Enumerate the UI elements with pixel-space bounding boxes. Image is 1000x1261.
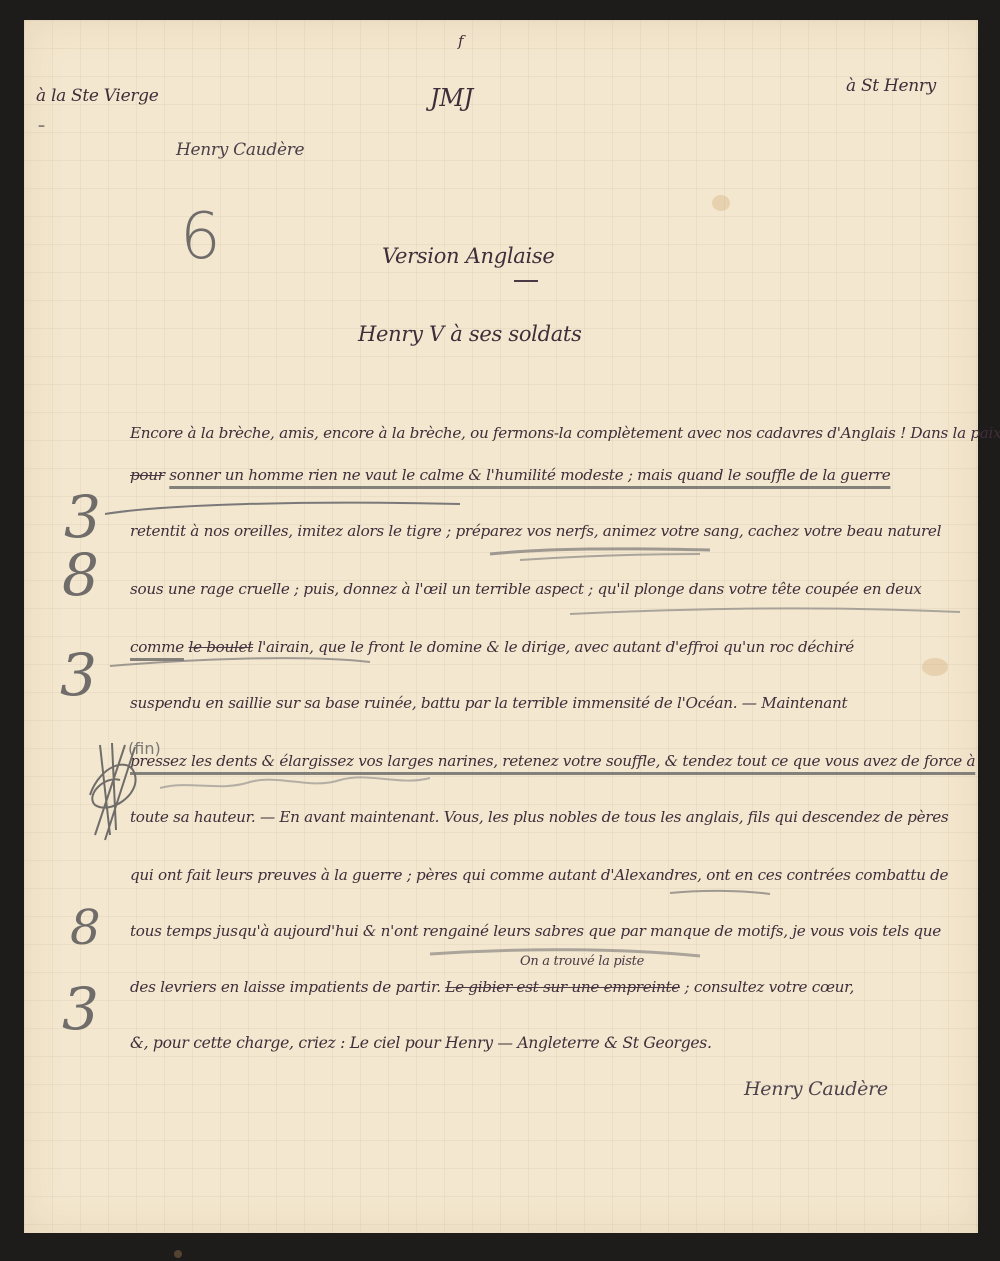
margin-mark: 8 xyxy=(70,904,101,952)
title-dash xyxy=(514,280,538,282)
signature: Henry Caudère xyxy=(744,1078,888,1100)
body-line-2-text: sonner un homme rien ne vaut le calme & … xyxy=(169,466,890,484)
paper-stain xyxy=(174,1250,182,1258)
pencil-number: 6 xyxy=(180,200,220,274)
margin-mark: 3 xyxy=(64,488,101,546)
paper-stain xyxy=(712,195,730,211)
top-center-mark: f xyxy=(458,32,463,50)
body-line-2: pour sonner un homme rien ne vaut le cal… xyxy=(130,466,890,484)
page-title: Version Anglaise xyxy=(382,244,555,268)
page-subtitle: Henry V à ses soldats xyxy=(358,322,582,346)
top-center-monogram: JMJ xyxy=(430,84,473,112)
top-left-dedication: à la Ste Vierge xyxy=(36,86,159,106)
pencil-marks-icon xyxy=(100,490,980,1030)
author-name: Henry Caudère xyxy=(176,140,304,160)
margin-mark: 3 xyxy=(60,646,97,704)
dash-mark: – xyxy=(38,118,45,134)
top-right-dedication: à St Henry xyxy=(846,76,936,96)
margin-mark: 8 xyxy=(62,546,99,604)
margin-mark: 3 xyxy=(62,980,99,1038)
body-line-1: Encore à la brèche, amis, encore à la br… xyxy=(130,424,1000,442)
body-line-12: &, pour cette charge, criez : Le ciel po… xyxy=(130,1034,712,1052)
struck-word: pour xyxy=(130,466,165,484)
